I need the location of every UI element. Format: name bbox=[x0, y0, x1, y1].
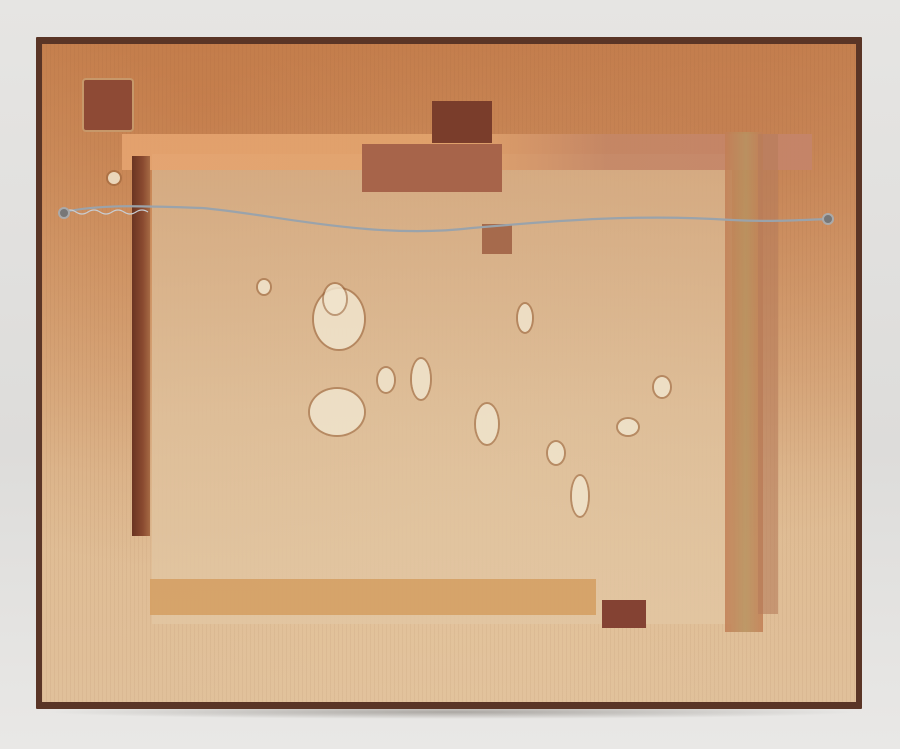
screw-eye-left bbox=[58, 207, 70, 219]
screw-eye-right bbox=[822, 213, 834, 225]
backing-board bbox=[42, 44, 856, 702]
picture-frame-back bbox=[36, 37, 862, 709]
hanging-wire bbox=[42, 44, 856, 704]
